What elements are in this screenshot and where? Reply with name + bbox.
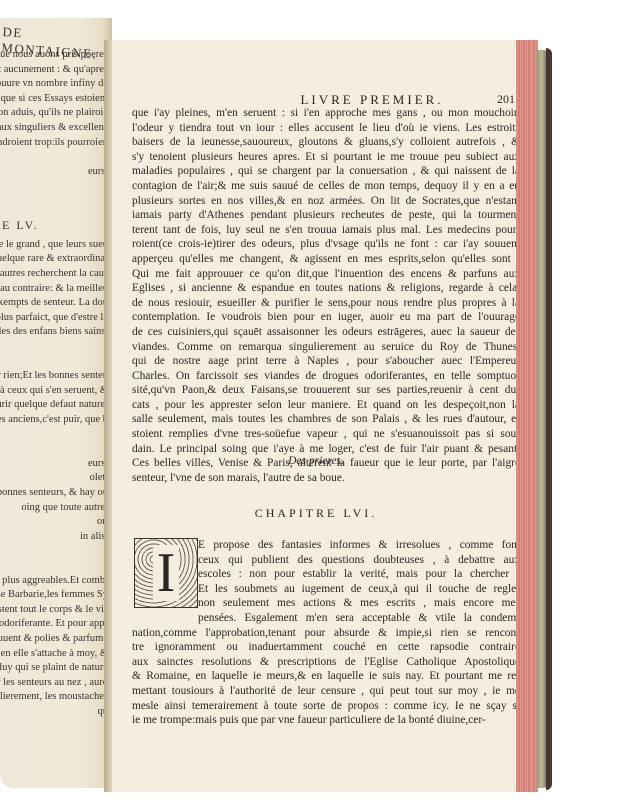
text-line: qui de nostre aage print terre à Naples …: [132, 354, 520, 369]
text-line: Qui me fait approuuer ce qu'on dit,que l…: [132, 267, 520, 282]
text-line: l'odeur y tiendra tout vn iour : elles a…: [132, 121, 520, 136]
left-text-line: & encroustent tout le corps & le vis: [0, 603, 108, 616]
left-text-line: t ne sentir rien;Et les bonnes senteu: [0, 369, 108, 382]
left-text-line: ne font celles des enfans biens sains.: [0, 325, 108, 338]
text-line: de nous resiouir, esueiller & purifier l…: [132, 296, 520, 311]
left-text-line: s s'en trouuent & polies & parfumé: [0, 632, 108, 645]
left-text-line: s corps est au contraire: & la meilleu: [0, 282, 108, 295]
chapter-body-text: E propose des fantasies informes & irres…: [132, 538, 520, 728]
chapter-text-line: & Romaine, en laquelle ie meurs,& en laq…: [132, 669, 520, 684]
chapter-text-line: mettant tousiours à l'authorité de leur …: [132, 684, 520, 699]
text-line: sité,qu'vn Paon,& deux Faisans,se trouue…: [132, 383, 520, 398]
left-text-line: fuspectes , à ceux qui s'en seruent, &: [0, 384, 108, 397]
text-line: Eglises , si ancienne & espandue en tout…: [132, 281, 520, 296]
left-text-line: oing que toute autre:: [21, 501, 108, 514]
left-text-line: arque & autres recherchent la caus: [0, 267, 108, 280]
left-text-line: cettuy-cy : que si ces Essays estoient: [0, 92, 108, 105]
chapter-text-line: aux sainctes resolutions & prescriptions…: [132, 655, 520, 670]
left-page: DE MONTAIGNE. E LV. ent , que nous auons…: [0, 18, 112, 788]
text-line: stoient remplies d'vne tres-soüefue vape…: [132, 427, 520, 442]
left-text-line: y entendroient trop:ils pourroien: [0, 136, 108, 149]
left-text-line: e semblent plus aggreables.Et combi: [0, 574, 108, 587]
left-text-line: ny guere aux singuliers & excellens: [0, 121, 108, 134]
chapter-text-line: mesle ainsi temerairement à toute sorte …: [132, 699, 520, 714]
text-line: iamais party d'Athenes pendant plusieurs…: [132, 208, 520, 223]
text-line: s'y tenoient plusieurs heures apres. Et …: [132, 150, 520, 165]
chapter-text-line: non seulement mes actions & mes escrits …: [198, 596, 520, 611]
text-line: baisers de la ieunesse,sauoureux, glouto…: [132, 135, 520, 150]
text-line: viandes. Comme on remarqua singulieremen…: [132, 340, 520, 355]
left-text-line: lle descouure vn nombre infiny de: [0, 77, 108, 90]
left-text-line: n plus espesse Barbarie,les femmes Sy: [0, 588, 108, 601]
left-text-line: moy particulierement, les moustaches: [0, 690, 108, 703]
left-text-line: ent à porter les senteurs au nez , auro: [0, 676, 108, 689]
left-text-line: eille combien elle s'attache à moy, &: [0, 647, 108, 660]
chapter-text-line: pensées. Esgalement m'en sera acceptable…: [198, 611, 520, 626]
chapter-text-line: tre ignoramment ou inaduertamment couché…: [132, 640, 520, 655]
text-line: plusieurs sortes en nos villes,& en noz …: [132, 194, 520, 209]
left-text-line: ent , que nous auons pris poeres: [0, 48, 108, 61]
text-line: salle seulement, mais toutes les chambre…: [132, 412, 520, 427]
chapter-title: CHAPITRE LVI.: [112, 506, 520, 521]
text-line: apperçeu qu'elles me changent, & agissen…: [132, 252, 520, 267]
chapter-text-line: ie me trompe:mais puis que par vne faueu…: [132, 713, 520, 728]
text-line: de ces cuisiniers,qui sçauēt assaisonner…: [132, 325, 520, 340]
text-line: contemplation. Ie voudrois bien pour en …: [132, 310, 520, 325]
chapter-text-line: escoles : non pour establir la verité, m…: [198, 567, 520, 582]
left-text-line: e, par quelque rare & extraordinai: [0, 252, 108, 265]
chapter-text-line: Et les soubmets au iugement de ceux,à qu…: [198, 582, 520, 597]
left-text-line: t d'estre exempts de senteur. La dou: [0, 296, 108, 309]
left-text-line: uuer. Celuy qui se plaint de nature: [0, 661, 108, 674]
text-line: que i'ay pleines, m'en seruent : si i'en…: [132, 106, 520, 121]
text-line: roient(ce crois-ie)tirer des odeurs, plu…: [132, 237, 520, 252]
chapter-text-line: E propose des fantasies informes & irres…: [198, 538, 520, 553]
chapter-text-line: nation,comme l'approbation,tenant pour a…: [132, 626, 520, 641]
text-line: terent tant de fois, luy seul ne s'en tr…: [132, 223, 520, 238]
left-text-line: r terroir, odoriferante. Et pour appr: [0, 617, 108, 630]
left-text-line: ur couurir quelque defaut naturel: [0, 398, 108, 411]
leather-cover: [546, 48, 552, 790]
text-line: maladies populaires , qui se chargent pa…: [132, 164, 520, 179]
text-line: cats , pour les apprester selon leur man…: [132, 398, 520, 413]
left-text-line: d'Alexandre le grand , que leurs sueu: [0, 238, 108, 251]
chapter-text-line: ceux qui publient des questions doubteus…: [198, 553, 520, 568]
body-text: que i'ay pleines, m'en seruent : si i'en…: [132, 106, 520, 485]
text-line: senteur, l'vne de son marais, l'autre de…: [132, 471, 520, 486]
red-page-edges: [516, 40, 538, 792]
text-line: Charles. On farcissoit ses viandes de dr…: [132, 369, 520, 384]
left-text-line: nu de bonnes senteurs, & hay ou: [0, 486, 108, 499]
left-text-line: rien de plus parfaict, que d'estre la: [0, 311, 108, 324]
section-subtitle: Des prieres.: [112, 455, 520, 467]
right-page: LIVRE PREMIER. 201 que i'ay pleines, m'e…: [112, 40, 520, 792]
text-line: contagion de l'air;& me suis sauué de ce…: [132, 179, 520, 194]
page-number: 201: [497, 92, 515, 107]
left-text-line: des Poëtes anciens,c'est puir, que b: [0, 413, 108, 426]
left-text-line: nenir à mon aduis, qu'ils ne plairoie: [0, 106, 108, 119]
left-text-line: i ne l'est aucunement : & qu'apres: [0, 63, 108, 76]
left-chapter-label: E LV.: [2, 218, 39, 233]
